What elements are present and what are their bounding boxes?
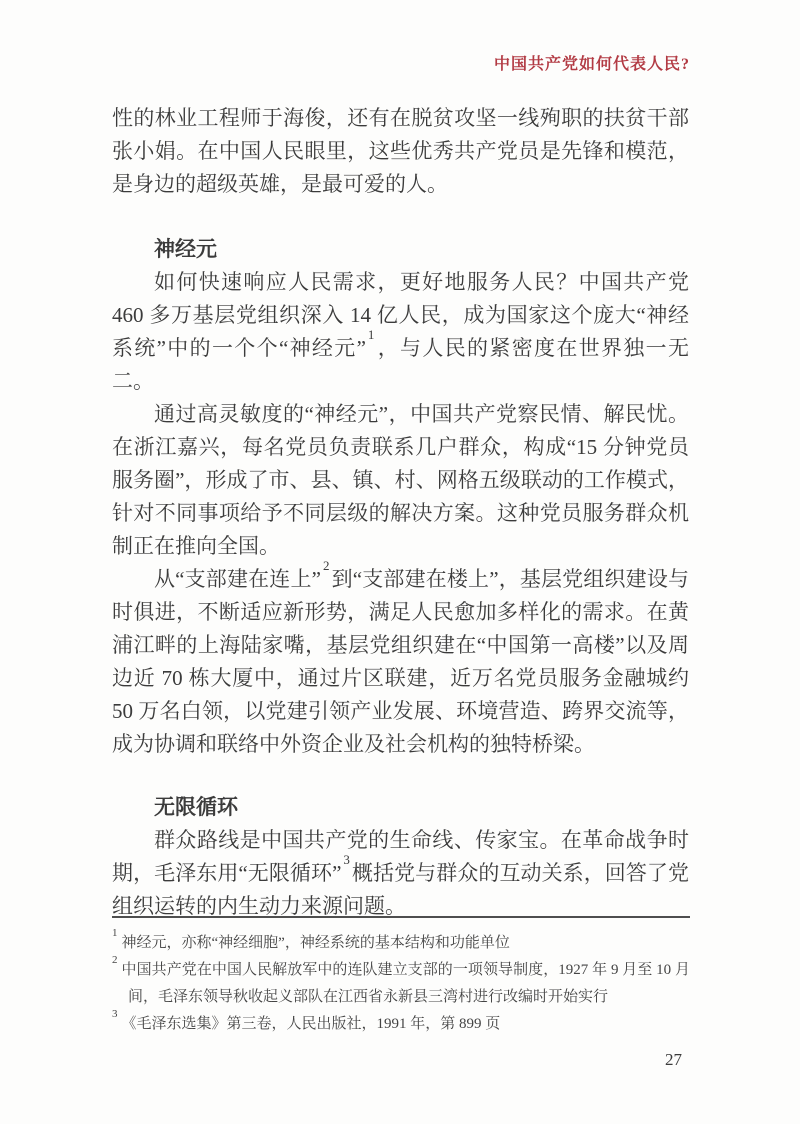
footnote-text: 神经元，亦称“神经细胞”，神经系统的基本结构和功能单位	[122, 935, 510, 951]
page-number: 27	[665, 1050, 682, 1070]
paragraph-neuron-2: 通过高灵敏度的“神经元”，中国共产党察民情、解民忧。在浙江嘉兴，每名党员负责联系…	[112, 398, 689, 563]
footnote-number: 2	[112, 954, 122, 966]
footnote-ref-1: 1	[366, 327, 377, 342]
footnote-number: 3	[112, 1008, 122, 1020]
intro-paragraph: 性的林业工程师于海俊，还有在脱贫攻坚一线殉职的扶贫干部张小娟。在中国人民眼里，这…	[112, 102, 689, 201]
footnote-ref-2: 2	[321, 558, 332, 573]
footnote-number: 1	[112, 927, 122, 939]
paragraph-text: 到“支部建在楼上”，基层党组织建设与时俱进，不断适应新形势，满足人民愈加多样化的…	[112, 567, 689, 756]
paragraph-text: 从“支部建在连上”	[154, 567, 321, 591]
paragraph-loop-1: 群众路线是中国共产党的生命线、传家宝。在革命战争时期，毛泽东用“无限循环”3概括…	[112, 824, 689, 923]
section-heading-infinite-loop: 无限循环	[112, 791, 689, 824]
running-header: 中国共产党如何代表人民?	[494, 51, 690, 74]
footnote-area: 1神经元，亦称“神经细胞”，神经系统的基本结构和功能单位 2中国共产党在中国人民…	[112, 916, 690, 1038]
section-heading-neuron: 神经元	[112, 233, 689, 266]
paragraph-neuron-3: 从“支部建在连上”2到“支部建在楼上”，基层党组织建设与时俱进，不断适应新形势，…	[112, 563, 689, 761]
footnote-1: 1神经元，亦称“神经细胞”，神经系统的基本结构和功能单位	[112, 930, 690, 957]
book-page: 中国共产党如何代表人民? 性的林业工程师于海俊，还有在脱贫攻坚一线殉职的扶贫干部…	[0, 0, 800, 1124]
footnote-text: 中国共产党在中国人民解放军中的连队建立支部的一项领导制度，1927 年 9 月至…	[122, 962, 691, 1005]
page-body: 性的林业工程师于海俊，还有在脱贫攻坚一线殉职的扶贫干部张小娟。在中国人民眼里，这…	[112, 102, 689, 923]
paragraph-neuron-1: 如何快速响应人民需求，更好地服务人民？中国共产党 460 多万基层党组织深入 1…	[112, 266, 689, 398]
footnote-divider	[112, 916, 690, 918]
footnote-ref-3: 3	[341, 852, 352, 867]
footnote-2: 2中国共产党在中国人民解放军中的连队建立支部的一项领导制度，1927 年 9 月…	[112, 957, 690, 1011]
footnote-text: 《毛泽东选集》第三卷，人民出版社，1991 年，第 899 页	[122, 1016, 501, 1032]
footnote-3: 3《毛泽东选集》第三卷，人民出版社，1991 年，第 899 页	[112, 1011, 690, 1038]
